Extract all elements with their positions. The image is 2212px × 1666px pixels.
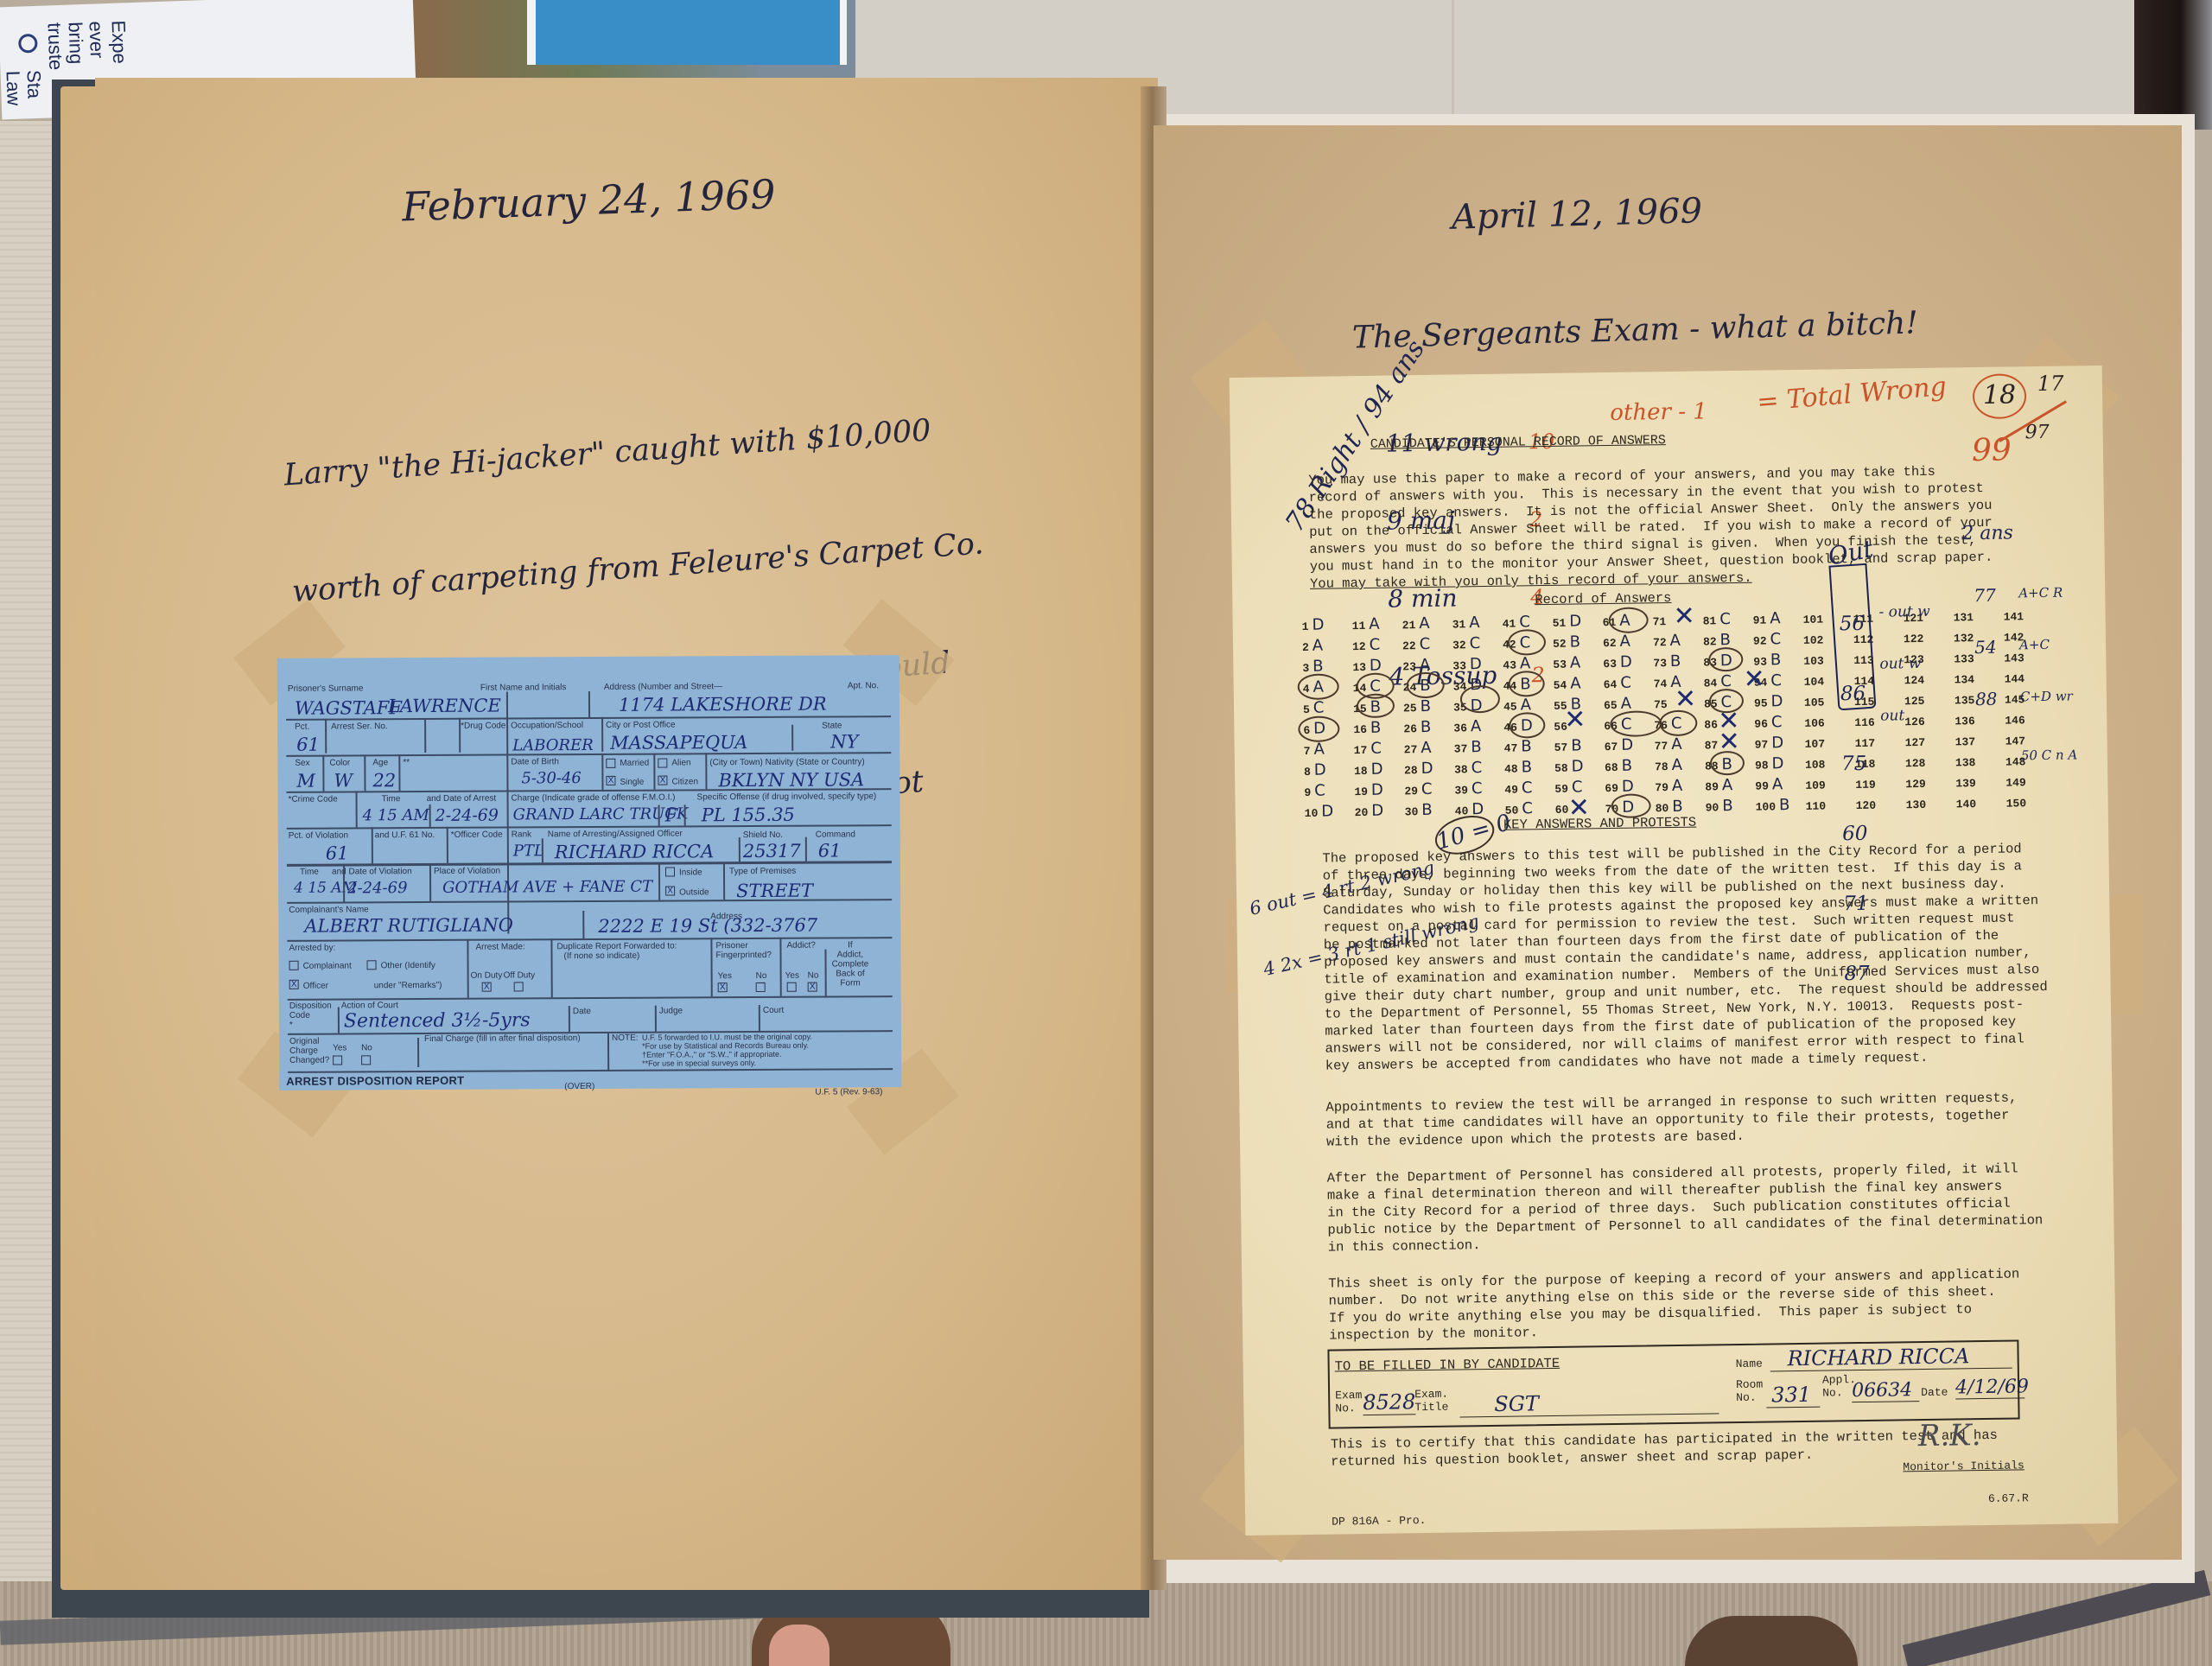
answer-letter: C bbox=[1620, 674, 1631, 692]
label-uf61: and U.F. 61 No. bbox=[375, 830, 435, 840]
brochure-footer: Law bbox=[2, 70, 23, 105]
answer-cell: 92C bbox=[1753, 630, 1803, 652]
label-drug-code: *Drug Code bbox=[461, 722, 505, 731]
question-number: 8 bbox=[1304, 766, 1311, 779]
question-number: 57 bbox=[1554, 741, 1568, 754]
answer-letter: D bbox=[1569, 612, 1581, 630]
answer-letter: C bbox=[1471, 759, 1482, 777]
divider bbox=[429, 804, 431, 827]
answer-letter: A bbox=[1570, 674, 1581, 692]
answer-cell: 129 bbox=[1905, 773, 1955, 794]
label-officer-cb: Officer bbox=[303, 982, 328, 991]
answer-letter: A bbox=[1671, 756, 1682, 774]
brochure-blue-panel bbox=[527, 0, 847, 65]
charge-changed-no-checkbox[interactable] bbox=[361, 1055, 371, 1065]
label-if-addict: If Addict, Complete Back of Form bbox=[831, 940, 868, 988]
answer-cell: 19D bbox=[1354, 780, 1404, 802]
answer-cell: 8D bbox=[1304, 760, 1354, 782]
x-mark: ✕ bbox=[1564, 704, 1586, 734]
answer-letter: D bbox=[1312, 616, 1324, 634]
answer-letter: B bbox=[1779, 796, 1790, 814]
divider bbox=[322, 755, 324, 792]
answer-cell: 33D bbox=[1452, 655, 1503, 677]
label-room-no: Room No. bbox=[1736, 1378, 1764, 1404]
question-number: 110 bbox=[1806, 800, 1827, 813]
divider bbox=[723, 863, 725, 900]
divider bbox=[805, 837, 807, 862]
label-original-charge: Original Charge Changed? bbox=[289, 1037, 329, 1065]
date-field[interactable]: 4/12/69 bbox=[1955, 1376, 2024, 1399]
answer-cell: 22C bbox=[1402, 635, 1452, 657]
off-duty-checkbox[interactable] bbox=[514, 982, 524, 991]
question-number: 78 bbox=[1655, 760, 1669, 773]
divider bbox=[658, 805, 660, 826]
answer-cell: 26B bbox=[1403, 718, 1453, 740]
label-addict-yes: Yes bbox=[785, 971, 799, 981]
answer-cell: 49C bbox=[1504, 779, 1554, 800]
label-fp-yes: Yes bbox=[718, 971, 732, 981]
answer-cell: 32C bbox=[1452, 634, 1503, 656]
name-field[interactable]: RICHARD RICCA bbox=[1770, 1344, 2012, 1372]
outside-checkbox[interactable]: X bbox=[665, 886, 675, 895]
boxed-number: 86 bbox=[1840, 683, 1866, 706]
complainant-checkbox[interactable] bbox=[289, 961, 299, 970]
answer-cell: 1D bbox=[1302, 615, 1352, 637]
question-number: 38 bbox=[1454, 763, 1468, 776]
label-apt: Apt. No. bbox=[848, 681, 879, 690]
answer-cell: 100B bbox=[1756, 796, 1806, 817]
question-number: 86 bbox=[1704, 718, 1718, 731]
room-no-field[interactable]: 331 bbox=[1766, 1383, 1820, 1408]
side-note: A+C bbox=[2019, 635, 2076, 653]
question-number: 28 bbox=[1404, 764, 1418, 777]
value-action: Sentenced 3½-5yrs bbox=[344, 1009, 531, 1032]
answer-cell: 138 bbox=[1955, 752, 2005, 773]
answer-cell: 7A bbox=[1304, 740, 1354, 761]
two-ans-note: 2 ans bbox=[1961, 522, 2013, 544]
answer-cell: 72A bbox=[1653, 631, 1703, 652]
caption-line: Larry "the Hi-jacker" caught with $10,00… bbox=[283, 409, 976, 496]
question-number: 7 bbox=[1304, 745, 1311, 758]
answer-letter: C bbox=[1370, 740, 1382, 758]
answer-cell: 25B bbox=[1403, 697, 1453, 719]
value-address: 1174 LAKESHORE DR bbox=[619, 694, 827, 715]
answer-cell: 89A bbox=[1705, 776, 1755, 798]
question-number: 2 bbox=[1302, 641, 1309, 654]
answer-letter: C bbox=[1770, 630, 1781, 648]
answer-letter: A bbox=[1520, 654, 1531, 672]
answer-letter: D bbox=[1621, 736, 1633, 754]
answer-letter: A bbox=[1313, 637, 1324, 655]
question-number: 60 bbox=[1555, 804, 1569, 817]
monitor-initials: R.K. bbox=[1918, 1418, 1981, 1453]
answer-cell: 81C bbox=[1703, 610, 1753, 632]
divider bbox=[791, 725, 793, 751]
answer-cell: 29C bbox=[1404, 780, 1454, 802]
answer-cell: 18D bbox=[1354, 760, 1404, 781]
sheet-purpose-text: This sheet is only for the purpose of ke… bbox=[1328, 1265, 2020, 1344]
value-age: 22 bbox=[372, 770, 396, 791]
answer-letter: B bbox=[1719, 631, 1731, 649]
label-judge: Judge bbox=[659, 1006, 683, 1015]
answer-letter: A bbox=[1619, 633, 1630, 651]
question-number: 135 bbox=[1955, 694, 1975, 707]
answer-cell: 64C bbox=[1604, 673, 1654, 695]
side-number: 88 bbox=[1975, 690, 1998, 708]
divider bbox=[459, 718, 461, 753]
label-date-arrest: and Date of Arrest bbox=[427, 794, 497, 804]
label-occupation: Occupation/School bbox=[511, 721, 583, 730]
label-time: Time bbox=[382, 794, 401, 804]
label-arrest-made: Arrest Made: bbox=[475, 942, 524, 951]
officer-checkbox[interactable]: X bbox=[289, 980, 299, 989]
answer-letter: B bbox=[1421, 718, 1432, 736]
answer-letter: A bbox=[1469, 614, 1480, 632]
exam-title-field[interactable]: SGT bbox=[1459, 1389, 1719, 1417]
answer-cell: 57B bbox=[1554, 736, 1605, 758]
question-number: 18 bbox=[1354, 765, 1368, 778]
question-number: 71 bbox=[1653, 615, 1667, 628]
side-number: 77 bbox=[1974, 587, 1996, 604]
answer-cell: 58D bbox=[1554, 757, 1605, 779]
fingerprinted-yes-checkbox[interactable]: X bbox=[718, 982, 728, 992]
label-address: Address (Number and Street— bbox=[604, 682, 722, 692]
brochure-line: ever bbox=[86, 21, 107, 59]
label-off-duty: Off Duty bbox=[504, 970, 536, 980]
married-checkbox[interactable] bbox=[606, 759, 615, 768]
addict-yes-checkbox[interactable] bbox=[787, 982, 797, 992]
question-number: 136 bbox=[1955, 715, 1975, 728]
answer-cell: 16B bbox=[1353, 718, 1403, 740]
question-number: 140 bbox=[1956, 798, 1977, 811]
question-number: 11 bbox=[1352, 620, 1366, 633]
label-color: Color bbox=[329, 758, 350, 767]
label-officer-name: Name of Arresting/Assigned Officer bbox=[548, 829, 683, 839]
divider bbox=[739, 837, 741, 862]
label-oc-yes: Yes bbox=[333, 1043, 346, 1052]
answer-cell: 62A bbox=[1603, 632, 1653, 653]
value-city: MASSAPEQUA bbox=[610, 732, 747, 754]
label-crime-code: *Crime Code bbox=[289, 795, 338, 804]
value-pct-violation: 61 bbox=[326, 843, 349, 863]
exam-no-field[interactable]: 8528 bbox=[1363, 1389, 1415, 1415]
answer-letter: D bbox=[1371, 781, 1383, 799]
question-number: 81 bbox=[1703, 614, 1717, 627]
answer-letter: C bbox=[1720, 672, 1732, 690]
question-number: 17 bbox=[1354, 744, 1368, 757]
question-number: 9 bbox=[1304, 786, 1311, 799]
question-number: 30 bbox=[1405, 805, 1419, 818]
answer-letter: A bbox=[1421, 739, 1432, 757]
question-number: 32 bbox=[1452, 639, 1466, 652]
answer-cell: 51D bbox=[1553, 612, 1603, 633]
on-duty-checkbox[interactable]: X bbox=[482, 982, 492, 992]
note-text: U.F. 5 forwarded to I.U. must be the ori… bbox=[642, 1033, 812, 1068]
label-officer-code: *Officer Code bbox=[451, 830, 503, 840]
answer-cell: 36A bbox=[1453, 717, 1503, 739]
question-number: 106 bbox=[1804, 717, 1825, 730]
label-arrested-by: Arrested by: bbox=[289, 944, 335, 953]
label-first-name: First Name and Initials bbox=[480, 683, 567, 693]
other-checkbox[interactable] bbox=[367, 960, 377, 970]
answer-cell: 10D bbox=[1305, 802, 1355, 823]
answer-cell: 67D bbox=[1605, 735, 1655, 757]
question-number: 47 bbox=[1504, 742, 1518, 755]
question-number: 51 bbox=[1553, 617, 1567, 630]
answer-cell: 9C bbox=[1304, 781, 1354, 803]
answer-letter: D bbox=[1321, 802, 1333, 820]
value-grade: F bbox=[665, 804, 678, 825]
answer-letter: C bbox=[1522, 799, 1533, 817]
value-color: W bbox=[334, 770, 353, 791]
value-rank: PTL bbox=[513, 842, 544, 860]
answer-cell: 20D bbox=[1355, 801, 1405, 823]
label-disposition: Disposition Code * bbox=[289, 1002, 332, 1030]
citizen-checkbox[interactable]: X bbox=[658, 776, 667, 785]
divider bbox=[824, 950, 826, 996]
divider bbox=[288, 1068, 893, 1072]
answer-cell: 77A bbox=[1655, 734, 1705, 756]
answer-cell: 91A bbox=[1753, 609, 1803, 631]
divider bbox=[372, 827, 373, 863]
addict-no-checkbox[interactable]: X bbox=[808, 982, 817, 992]
label-date: Date bbox=[573, 1007, 591, 1016]
answer-letter: D bbox=[1370, 657, 1382, 675]
sheet-title: CANDIDATE'S PERSONAL RECORD OF ANSWERS bbox=[1370, 432, 1666, 454]
score-99: 99 bbox=[1972, 432, 2012, 468]
divider bbox=[653, 754, 655, 790]
x-mark: ✕ bbox=[1675, 684, 1697, 715]
question-number: 102 bbox=[1803, 634, 1824, 647]
answer-letter: A bbox=[1669, 632, 1681, 650]
answer-cell: 31A bbox=[1452, 614, 1503, 635]
side-numbers: 77 54 88 bbox=[1974, 552, 1999, 742]
answer-letter: B bbox=[1571, 736, 1582, 754]
side-number: 54 bbox=[1974, 639, 1997, 656]
question-number: 69 bbox=[1605, 782, 1618, 795]
answer-letter: D bbox=[1771, 754, 1783, 773]
appl-no-field[interactable]: 06634 bbox=[1852, 1379, 1919, 1402]
divider bbox=[705, 753, 707, 789]
label-fp-no: No bbox=[756, 971, 767, 981]
answer-letter: C bbox=[1369, 636, 1380, 654]
divider bbox=[542, 838, 543, 862]
answer-letter: A bbox=[1520, 696, 1531, 714]
divider bbox=[710, 938, 712, 996]
answer-letter: A bbox=[1672, 777, 1683, 795]
out-note: out bbox=[1880, 707, 1931, 725]
value-shield: 25317 bbox=[743, 841, 801, 862]
label-arrest-ser: Arrest Ser. No. bbox=[331, 722, 388, 731]
question-number: 37 bbox=[1454, 742, 1468, 755]
divider bbox=[607, 1033, 609, 1071]
divider bbox=[356, 791, 358, 827]
brochure-line: bring bbox=[65, 22, 87, 65]
question-number: 3 bbox=[1302, 662, 1309, 675]
answer-letter: C bbox=[1519, 613, 1530, 631]
boxed-number: 75 bbox=[1841, 753, 1867, 776]
question-number: 99 bbox=[1755, 779, 1769, 792]
answer-letter: A bbox=[1419, 614, 1430, 633]
question-number: 13 bbox=[1352, 661, 1366, 674]
question-number: 97 bbox=[1755, 738, 1769, 751]
question-number: 84 bbox=[1704, 677, 1718, 690]
question-number: 72 bbox=[1653, 636, 1667, 649]
form-number: U.F. 5 (Rev. 9-63) bbox=[815, 1087, 882, 1097]
label-outside: Outside bbox=[679, 887, 709, 897]
answer-letter: A bbox=[1420, 656, 1431, 674]
value-time-arrest: 4 15 AM bbox=[363, 806, 429, 824]
question-number: 43 bbox=[1503, 659, 1516, 672]
value-specific: PL 155.35 bbox=[702, 804, 795, 826]
answer-letter: A bbox=[1772, 775, 1783, 793]
answer-letter: D bbox=[1470, 655, 1482, 673]
form-revision: 6.67.R bbox=[1988, 1490, 2029, 1508]
question-number: 109 bbox=[1805, 779, 1826, 792]
divider bbox=[417, 1038, 419, 1067]
answer-cell: 79A bbox=[1655, 776, 1705, 798]
answer-cell: 54A bbox=[1554, 674, 1604, 696]
question-number: 52 bbox=[1553, 638, 1567, 651]
alien-checkbox[interactable] bbox=[658, 759, 667, 768]
answer-cell: 98D bbox=[1755, 754, 1805, 776]
answer-letter: B bbox=[1521, 737, 1532, 755]
question-number: 108 bbox=[1805, 759, 1826, 772]
answer-letter: C bbox=[1421, 780, 1433, 798]
label-married: Married bbox=[620, 759, 649, 768]
answer-cell: 78A bbox=[1655, 755, 1705, 777]
monitor-initials-label: Monitor's Initials bbox=[1903, 1457, 2024, 1476]
label-addict-no: No bbox=[808, 971, 819, 981]
value-dob: 5-30-46 bbox=[521, 769, 582, 787]
brochure-line: truste bbox=[44, 22, 67, 71]
question-number: 105 bbox=[1804, 696, 1825, 709]
label-place-violation: Place of Violation bbox=[434, 867, 500, 876]
question-number: 39 bbox=[1454, 784, 1468, 797]
answer-letter: B bbox=[1313, 658, 1324, 676]
single-checkbox[interactable]: X bbox=[606, 776, 615, 785]
divider bbox=[398, 754, 400, 791]
out-notes: - out w out w out bbox=[1878, 569, 1932, 760]
question-number: 139 bbox=[1955, 777, 1976, 790]
answer-cell: 48B bbox=[1504, 758, 1554, 779]
question-number: 91 bbox=[1753, 614, 1767, 626]
divider bbox=[601, 754, 603, 790]
answer-letter: C bbox=[1471, 779, 1483, 798]
label-command: Command bbox=[816, 830, 855, 839]
question-number: 25 bbox=[1403, 702, 1417, 715]
divider bbox=[287, 861, 892, 867]
question-number: 1 bbox=[1302, 620, 1309, 633]
question-number: 53 bbox=[1553, 658, 1567, 671]
answer-letter: B bbox=[1722, 797, 1733, 815]
value-sex: M bbox=[296, 771, 315, 792]
label-age: Age bbox=[372, 758, 388, 767]
question-number: 104 bbox=[1804, 676, 1825, 689]
question-number: 62 bbox=[1603, 637, 1617, 650]
value-pct: 61 bbox=[296, 734, 320, 755]
answer-letter: A bbox=[1313, 741, 1325, 759]
answer-cell: 90B bbox=[1706, 797, 1756, 818]
label-if-none: (If none so indicate) bbox=[563, 951, 639, 961]
label-pct-violation: Pct. of Violation bbox=[289, 830, 348, 840]
x-mark: ✕ bbox=[1718, 727, 1740, 757]
answer-letter: A bbox=[1722, 776, 1733, 794]
question-number: 130 bbox=[1906, 798, 1927, 811]
question-number: 73 bbox=[1653, 657, 1667, 670]
side-note: C+D wr bbox=[2020, 687, 2077, 705]
question-number: 45 bbox=[1503, 701, 1517, 714]
answer-cell: 47B bbox=[1504, 737, 1554, 759]
label-city: City or Post Office bbox=[606, 720, 675, 729]
key-text: The proposed key answers to this test wi… bbox=[1322, 840, 2049, 1075]
answer-letter: C bbox=[1719, 610, 1731, 628]
value-premises: STREET bbox=[736, 881, 813, 901]
door-frame bbox=[2134, 0, 2212, 130]
value-comp-address: 2222 E 19 St (332-3767 bbox=[598, 915, 817, 937]
charge-changed-yes-checkbox[interactable] bbox=[333, 1055, 342, 1065]
label-note: NOTE: bbox=[612, 1033, 639, 1043]
answer-cell: 21A bbox=[1402, 614, 1452, 636]
value-date-violation: 2-24-69 bbox=[347, 879, 408, 897]
brochure-footer: Sta bbox=[22, 70, 44, 99]
right-page-date: April 12, 1969 bbox=[1451, 191, 1702, 238]
fingerprinted-no-checkbox[interactable] bbox=[756, 982, 766, 992]
label-nativity: (City or Town) Nativity (State or Countr… bbox=[709, 757, 864, 767]
divider bbox=[338, 1008, 340, 1033]
question-number: 75 bbox=[1654, 698, 1668, 711]
divider bbox=[287, 899, 892, 903]
question-number: 36 bbox=[1453, 722, 1467, 734]
answer-letter: C bbox=[1313, 699, 1325, 717]
exam-answer-record-sheet: 78 Right / 94 ans 11 wrong 9 maj 8 min 4… bbox=[1230, 366, 2119, 1536]
answer-letter: B bbox=[1471, 738, 1482, 756]
question-number: 129 bbox=[1905, 778, 1926, 791]
divider bbox=[343, 865, 345, 901]
label-specific: Specific Offense (if drug involved, spec… bbox=[697, 792, 877, 802]
question-number: 107 bbox=[1805, 738, 1826, 751]
question-number: 58 bbox=[1554, 762, 1568, 775]
label-pct: Pct. bbox=[295, 722, 309, 732]
question-number: 67 bbox=[1605, 741, 1618, 754]
x-mark: ✕ bbox=[1673, 601, 1695, 632]
answer-cell: 28D bbox=[1404, 760, 1454, 781]
question-number: 92 bbox=[1753, 634, 1767, 647]
toe bbox=[769, 1625, 829, 1666]
question-number: 20 bbox=[1355, 806, 1369, 819]
label-oc-no: No bbox=[361, 1043, 372, 1052]
answer-cell: 97D bbox=[1755, 734, 1805, 755]
label-over: (OVER) bbox=[564, 1082, 594, 1091]
question-number: 132 bbox=[1954, 632, 1974, 645]
answer-cell: 68B bbox=[1605, 756, 1655, 778]
label-duplicate: Duplicate Report Forwarded to: bbox=[556, 941, 677, 951]
question-number: 16 bbox=[1353, 723, 1367, 736]
divider bbox=[582, 911, 584, 938]
boxed-number: 56 bbox=[1840, 613, 1866, 636]
answer-cell: 39C bbox=[1454, 779, 1504, 801]
question-number: 87 bbox=[1705, 739, 1719, 752]
form-code: DP 816A - Pro. bbox=[1332, 1512, 1426, 1531]
answer-letter: B bbox=[1569, 633, 1580, 651]
question-number: 65 bbox=[1604, 699, 1618, 712]
question-number: 21 bbox=[1402, 619, 1416, 632]
divider bbox=[759, 1005, 760, 1031]
label-shield: Shield No. bbox=[743, 830, 783, 840]
inside-checkbox[interactable] bbox=[665, 867, 675, 876]
answer-cell: 140 bbox=[1955, 793, 2005, 815]
answer-letter: B bbox=[1370, 719, 1382, 737]
